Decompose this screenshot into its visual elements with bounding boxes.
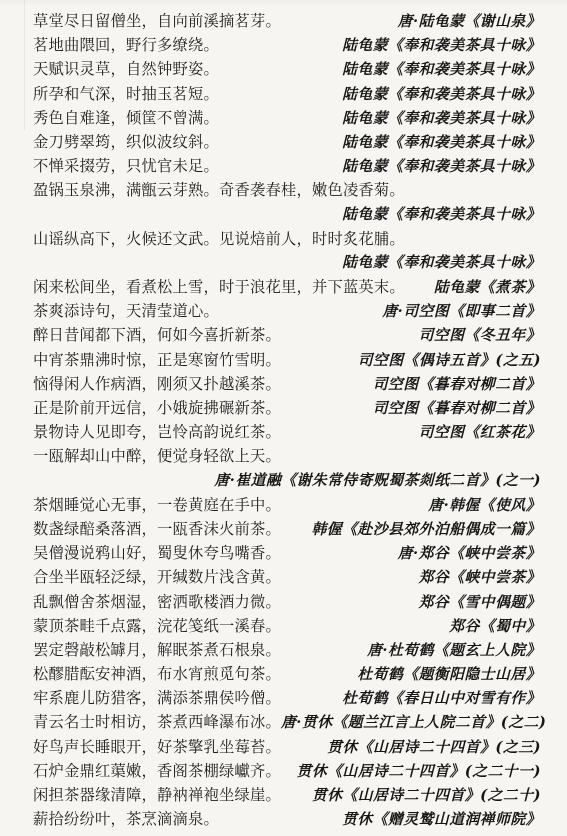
poem-attribution: 唐·贯休《题兰江言上人院二首》(之二) <box>281 711 546 735</box>
poem-attribution: 唐·郑谷《峡中尝茶》 <box>398 542 541 566</box>
poem-attribution: 司空图《暮春对柳二首》 <box>373 397 541 421</box>
poem-verse: 恼得闲人作病酒，刚须又扑越溪茶。 <box>33 372 281 396</box>
poem-row: 唐·崔道融《谢朱常侍寄贶蜀茶剡纸二首》(之一) <box>33 469 541 493</box>
poem-row: 青云名士时相访，茶煮西峰瀑布冰。 唐·贯休《题兰江言上人院二首》(之二) <box>33 710 541 734</box>
poem-verse: 闲来松间坐，看煮松上雪，时于浪花里，并下蓝英末。 <box>33 275 405 299</box>
poem-row: 石炉金鼎红蕖嫩，香阁茶棚绿巘齐。 贯休《山居诗二十四首》(之二十一) <box>33 759 541 783</box>
poem-row: 数盏绿醅桑落酒，一瓯香沫火前茶。 韩偓《赴沙县郊外泊船偶成一篇》 <box>33 517 541 541</box>
poem-verse: 秀色自难逢，倾筐不曾满。 <box>33 106 219 130</box>
poem-attribution: 杜荀鹤《春日山中对雪有作》 <box>342 687 541 711</box>
poem-attribution: 唐·杜荀鹤《题玄上人院》 <box>367 639 541 663</box>
poem-row: 恼得闲人作病酒，刚须又扑越溪茶。 司空图《暮春对柳二首》 <box>33 372 541 396</box>
poem-attribution: 陆龟蒙《奉和袭美茶具十咏》 <box>342 83 541 107</box>
poem-verse: 吴僧漫说鸦山好，蜀叟休夸鸟嘴香。 <box>33 541 281 565</box>
poem-verse: 盈锅玉泉沸，满甑云芽熟。奇香袭春桂，嫩色凌香菊。 <box>33 178 405 202</box>
poem-attribution: 杜荀鹤《题衡阳隐士山居》 <box>357 663 541 687</box>
poem-row: 陆龟蒙《奉和袭美茶具十咏》 <box>33 203 541 227</box>
poem-verse: 闲担茶器缘清障，静衲禅袍坐绿崖。 <box>33 783 281 807</box>
poem-attribution: 唐·陆龟蒙《谢山泉》 <box>398 10 541 34</box>
poem-verse: 正是阶前开远信，小娥旋拂碾新茶。 <box>33 396 281 420</box>
poem-verse: 景物诗人见即夸，岂怜高韵说红茶。 <box>33 420 281 444</box>
poem-verse: 青云名士时相访，茶煮西峰瀑布冰。 <box>33 710 281 734</box>
poem-attribution: 司空图《冬丑年》 <box>419 324 541 348</box>
poem-verse: 山谣纵高下，火候还文武。见说焙前人，时时炙花脯。 <box>33 227 405 251</box>
poem-verse: 牢系鹿儿防猎客，满添茶鼎侯吟僧。 <box>33 686 281 710</box>
poem-attribution: 陆龟蒙《奉和袭美茶具十咏》 <box>342 203 541 227</box>
poem-row: 盈锅玉泉沸，满甑云芽熟。奇香袭春桂，嫩色凌香菊。 <box>33 178 541 202</box>
poem-attribution: 贯休《山居诗二十四首》(之二十一) <box>297 760 541 784</box>
poem-verse: 茗地曲隈回，野行多缭绕。 <box>33 33 219 57</box>
poem-attribution: 唐·崔道融《谢朱常侍寄贶蜀茶剡纸二首》(之一) <box>214 469 541 493</box>
poem-row: 茶烟睡觉心无事，一卷黄庭在手中。 唐·韩偓《使风》 <box>33 493 541 517</box>
poem-row: 闲担茶器缘清障，静衲禅袍坐绿崖。 贯休《山居诗二十四首》(之二十) <box>33 783 541 807</box>
poem-verse: 草堂尽日留僧坐，自向前溪摘茗芽。 <box>33 9 281 33</box>
poem-verse: 合坐半瓯轻泛绿，开缄数片浅含黄。 <box>33 565 281 589</box>
poem-row: 一瓯解却山中醉，便觉身轻欲上天。 <box>33 444 541 468</box>
poem-attribution: 陆龟蒙《煮茶》 <box>434 276 541 300</box>
poem-attribution: 贯休《赠灵鹫山道润禅师院》 <box>342 808 541 832</box>
poem-verse: 数盏绿醅桑落酒，一瓯香沫火前茶。 <box>33 517 281 541</box>
poem-row: 茶爽添诗句，天清莹道心。 唐·司空图《即事二首》 <box>33 299 541 323</box>
poem-row: 山谣纵高下，火候还文武。见说焙前人，时时炙花脯。 <box>33 227 541 251</box>
poem-verse: 金刀劈翠筠，织似波纹斜。 <box>33 130 219 154</box>
poem-row: 合坐半瓯轻泛绿，开缄数片浅含黄。 郑谷《峡中尝茶》 <box>33 565 541 589</box>
poem-row: 草堂尽日留僧坐，自向前溪摘茗芽。 唐·陆龟蒙《谢山泉》 <box>33 9 541 33</box>
poem-attribution: 司空图《红茶花》 <box>419 421 541 445</box>
poem-verse: 天赋识灵草，自然钟野姿。 <box>33 57 219 81</box>
poem-row: 秀色自难逢，倾筐不曾满。 陆龟蒙《奉和袭美茶具十咏》 <box>33 106 541 130</box>
poem-row: 天赋识灵草，自然钟野姿。 陆龟蒙《奉和袭美茶具十咏》 <box>33 57 541 81</box>
poem-verse: 茶爽添诗句，天清莹道心。 <box>33 299 219 323</box>
poem-verse: 薪拾纷纷叶，茶烹滴滴泉。 <box>33 807 219 831</box>
poem-row: 不惮采掇劳，只忧官未足。 陆龟蒙《奉和袭美茶具十咏》 <box>33 154 541 178</box>
poem-verse: 中宵茶鼎沸时惊，正是寒窗竹雪明。 <box>33 348 281 372</box>
poem-verse: 蒙顶茶畦千点露，浣花笺纸一溪春。 <box>33 614 281 638</box>
poem-row: 茗地曲隈回，野行多缭绕。 陆龟蒙《奉和袭美茶具十咏》 <box>33 33 541 57</box>
poem-row: 牢系鹿儿防猎客，满添茶鼎侯吟僧。 杜荀鹤《春日山中对雪有作》 <box>33 686 541 710</box>
poem-verse: 乱飘僧舍茶烟湿，密洒歌楼酒力微。 <box>33 590 281 614</box>
poem-attribution: 郑谷《雪中偶题》 <box>419 591 541 615</box>
poem-row: 闲来松间坐，看煮松上雪，时于浪花里，并下蓝英末。 陆龟蒙《煮茶》 <box>33 275 541 299</box>
poem-row: 醉日昔闻都下酒，何如今喜折新茶。 司空图《冬丑年》 <box>33 323 541 347</box>
poem-attribution: 陆龟蒙《奉和袭美茶具十咏》 <box>342 58 541 82</box>
poem-row: 陆龟蒙《奉和袭美茶具十咏》 <box>33 251 541 275</box>
poem-row: 罢定磬敲松罅月，解眠茶煮石根泉。 唐·杜荀鹤《题玄上人院》 <box>33 638 541 662</box>
poem-attribution: 贯休《山居诗二十四首》(之二十) <box>312 784 541 808</box>
poem-attribution: 陆龟蒙《奉和袭美茶具十咏》 <box>342 155 541 179</box>
poem-attribution: 陆龟蒙《奉和袭美茶具十咏》 <box>342 251 541 275</box>
poem-verse: 醉日昔闻都下酒，何如今喜折新茶。 <box>33 323 281 347</box>
poem-quotation-list: 草堂尽日留僧坐，自向前溪摘茗芽。 唐·陆龟蒙《谢山泉》 茗地曲隈回，野行多缭绕。… <box>33 9 541 831</box>
poem-verse: 一瓯解却山中醉，便觉身轻欲上天。 <box>33 444 281 468</box>
poem-attribution: 司空图《暮春对柳二首》 <box>373 373 541 397</box>
poem-row: 吴僧漫说鸦山好，蜀叟休夸鸟嘴香。 唐·郑谷《峡中尝茶》 <box>33 541 541 565</box>
poem-verse: 好鸟声长睡眼开，好茶擎乳坐莓苔。 <box>33 735 281 759</box>
poem-row: 薪拾纷纷叶，茶烹滴滴泉。 贯休《赠灵鹫山道润禅师院》 <box>33 807 541 831</box>
poem-attribution: 陆龟蒙《奉和袭美茶具十咏》 <box>342 107 541 131</box>
poem-attribution: 郑谷《峡中尝茶》 <box>419 566 541 590</box>
poem-attribution: 司空图《偶诗五首》(之五) <box>358 349 541 373</box>
poem-attribution: 陆龟蒙《奉和袭美茶具十咏》 <box>342 34 541 58</box>
poem-attribution: 韩偓《赴沙县郊外泊船偶成一篇》 <box>312 518 541 542</box>
poem-attribution: 贯休《山居诗二十四首》(之三) <box>327 736 541 760</box>
poem-row: 好鸟声长睡眼开，好茶擎乳坐莓苔。 贯休《山居诗二十四首》(之三) <box>33 735 541 759</box>
poem-row: 正是阶前开远信，小娥旋拂碾新茶。 司空图《暮春对柳二首》 <box>33 396 541 420</box>
poem-row: 所孕和气深，时抽玉茗短。 陆龟蒙《奉和袭美茶具十咏》 <box>33 82 541 106</box>
poem-attribution: 唐·司空图《即事二首》 <box>382 300 541 324</box>
poem-verse: 茶烟睡觉心无事，一卷黄庭在手中。 <box>33 493 281 517</box>
poem-verse: 不惮采掇劳，只忧官未足。 <box>33 154 219 178</box>
poem-row: 乱飘僧舍茶烟湿，密洒歌楼酒力微。 郑谷《雪中偶题》 <box>33 590 541 614</box>
poem-verse: 所孕和气深，时抽玉茗短。 <box>33 82 219 106</box>
poem-row: 景物诗人见即夸，岂怜高韵说红茶。 司空图《红茶花》 <box>33 420 541 444</box>
book-page: 草堂尽日留僧坐，自向前溪摘茗芽。 唐·陆龟蒙《谢山泉》 茗地曲隈回，野行多缭绕。… <box>0 0 567 836</box>
poem-row: 蒙顶茶畦千点露，浣花笺纸一溪春。 郑谷《蜀中》 <box>33 614 541 638</box>
poem-verse: 松醪腊酝安神酒，布水宵煎觅句茶。 <box>33 662 281 686</box>
poem-verse: 石炉金鼎红蕖嫩，香阁茶棚绿巘齐。 <box>33 759 281 783</box>
poem-row: 松醪腊酝安神酒，布水宵煎觅句茶。 杜荀鹤《题衡阳隐士山居》 <box>33 662 541 686</box>
poem-row: 中宵茶鼎沸时惊，正是寒窗竹雪明。 司空图《偶诗五首》(之五) <box>33 348 541 372</box>
poem-attribution: 唐·韩偓《使风》 <box>428 494 541 518</box>
poem-verse: 罢定磬敲松罅月，解眠茶煮石根泉。 <box>33 638 281 662</box>
scan-artifact-line <box>24 0 25 130</box>
poem-attribution: 陆龟蒙《奉和袭美茶具十咏》 <box>342 131 541 155</box>
poem-row: 金刀劈翠筠，织似波纹斜。 陆龟蒙《奉和袭美茶具十咏》 <box>33 130 541 154</box>
poem-attribution: 郑谷《蜀中》 <box>449 615 541 639</box>
